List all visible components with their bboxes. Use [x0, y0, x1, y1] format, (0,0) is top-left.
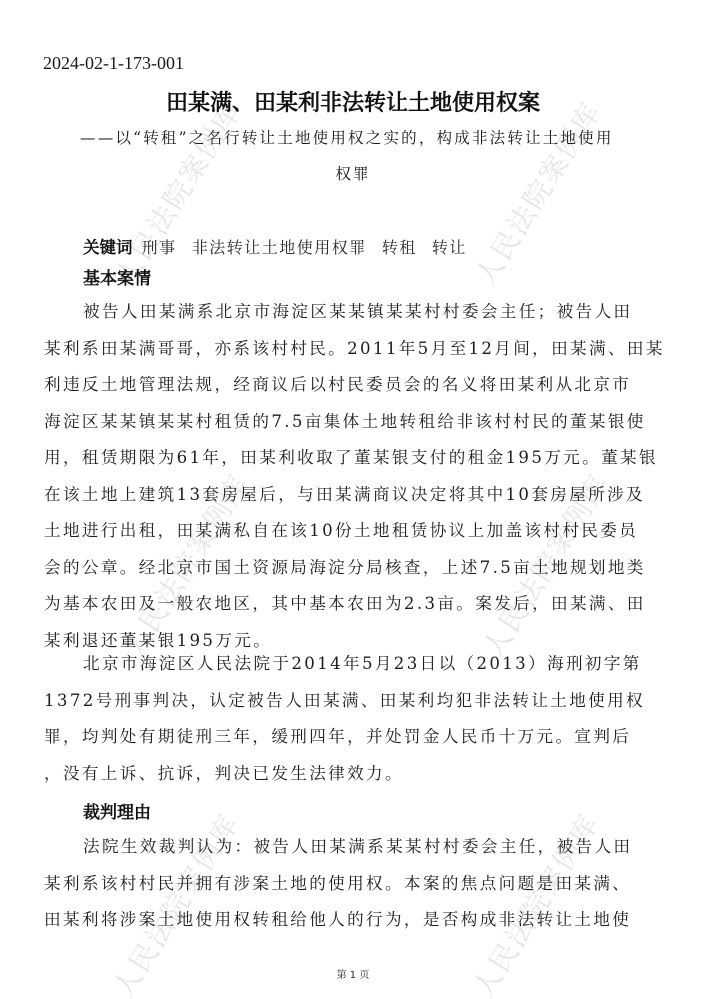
keywords-line: 关键词 刑事 非法转让土地使用权罪 转租 转让	[83, 234, 477, 258]
keyword-tag: 转让	[432, 238, 467, 257]
text-line: 被告人田某满系北京市海淀区某某镇某某村村委会主任；被告人田	[44, 294, 672, 331]
text-line: 为基本农田及一般农地区，其中基本农田为2.3亩。案发后，田某满、田	[44, 586, 672, 623]
text-line: 法院生效裁判认为：被告人田某满系某某村村委会主任，被告人田	[44, 829, 672, 866]
document-page: 人民法院案例库 人民法院案例库 人民法院案例库 人民法院案例库 人民法院案例库 …	[0, 0, 706, 999]
document-subtitle-continued: 权罪	[0, 162, 706, 184]
text-line: 会的公章。经北京市国土资源局海淀分局核查，上述7.5亩土地规划地类	[44, 550, 672, 587]
text-line: 1372号刑事判决，认定被告人田某满、田某利均犯非法转让土地使用权	[44, 683, 672, 720]
text-line: 土地进行出租，田某满私自在该10份土地租赁协议上加盖该村村民委员	[44, 513, 672, 550]
text-line: 利违反土地管理法规，经商议后以村民委员会的名义将田某利从北京市	[44, 367, 672, 404]
text-line: ，没有上诉、抗诉，判决已发生法律效力。	[44, 756, 672, 793]
text-line: 用，租赁期限为61年，田某利收取了董某银支付的租金195万元。董某银	[44, 440, 672, 477]
text-line: 在该土地上建筑13套房屋后，与田某满商议决定将其中10套房屋所涉及	[44, 477, 672, 514]
case-number: 2024-02-1-173-001	[43, 53, 184, 74]
document-subtitle: ——以“转租”之名行转让土地使用权之实的，构成非法转让土地使用	[80, 126, 660, 148]
keyword-tag: 转租	[382, 238, 417, 257]
text-line: 罪，均判处有期徒刑三年，缓刑四年，并处罚金人民币十万元。宣判后	[44, 719, 672, 756]
text-line: 田某利将涉案土地使用权转租给他人的行为，是否构成非法转让土地使	[44, 902, 672, 939]
keyword-tag: 刑事	[142, 238, 177, 257]
section-heading-basic-facts: 基本案情	[83, 264, 151, 289]
keywords-label: 关键词	[83, 238, 133, 257]
text-line: 某利系田某满哥哥，亦系该村村民。2011年5月至12月间，田某满、田某	[44, 331, 672, 368]
text-line: 某利系该村村民并拥有涉案土地的使用权。本案的焦点问题是田某满、	[44, 866, 672, 903]
page-number: 第 1 页	[0, 966, 706, 981]
section-heading-reasoning: 裁判理由	[83, 798, 151, 823]
document-title: 田某满、田某利非法转让土地使用权案	[0, 86, 706, 117]
watermark: 人民法院案例库	[104, 93, 249, 292]
paragraph-basic-facts-1: 被告人田某满系北京市海淀区某某镇某某村村委会主任；被告人田 某利系田某满哥哥，亦…	[44, 294, 672, 659]
keyword-tag: 非法转让土地使用权罪	[192, 238, 367, 257]
text-line: 海淀区某某镇某某村租赁的7.5亩集体土地转租给非该村村民的董某银使	[44, 404, 672, 441]
paragraph-basic-facts-2: 北京市海淀区人民法院于2014年5月23日以（2013）海刑初字第 1372号刑…	[44, 646, 672, 792]
watermark: 人民法院案例库	[464, 93, 609, 292]
text-line: 北京市海淀区人民法院于2014年5月23日以（2013）海刑初字第	[44, 646, 672, 683]
paragraph-reasoning-1: 法院生效裁判认为：被告人田某满系某某村村委会主任，被告人田 某利系该村村民并拥有…	[44, 829, 672, 939]
